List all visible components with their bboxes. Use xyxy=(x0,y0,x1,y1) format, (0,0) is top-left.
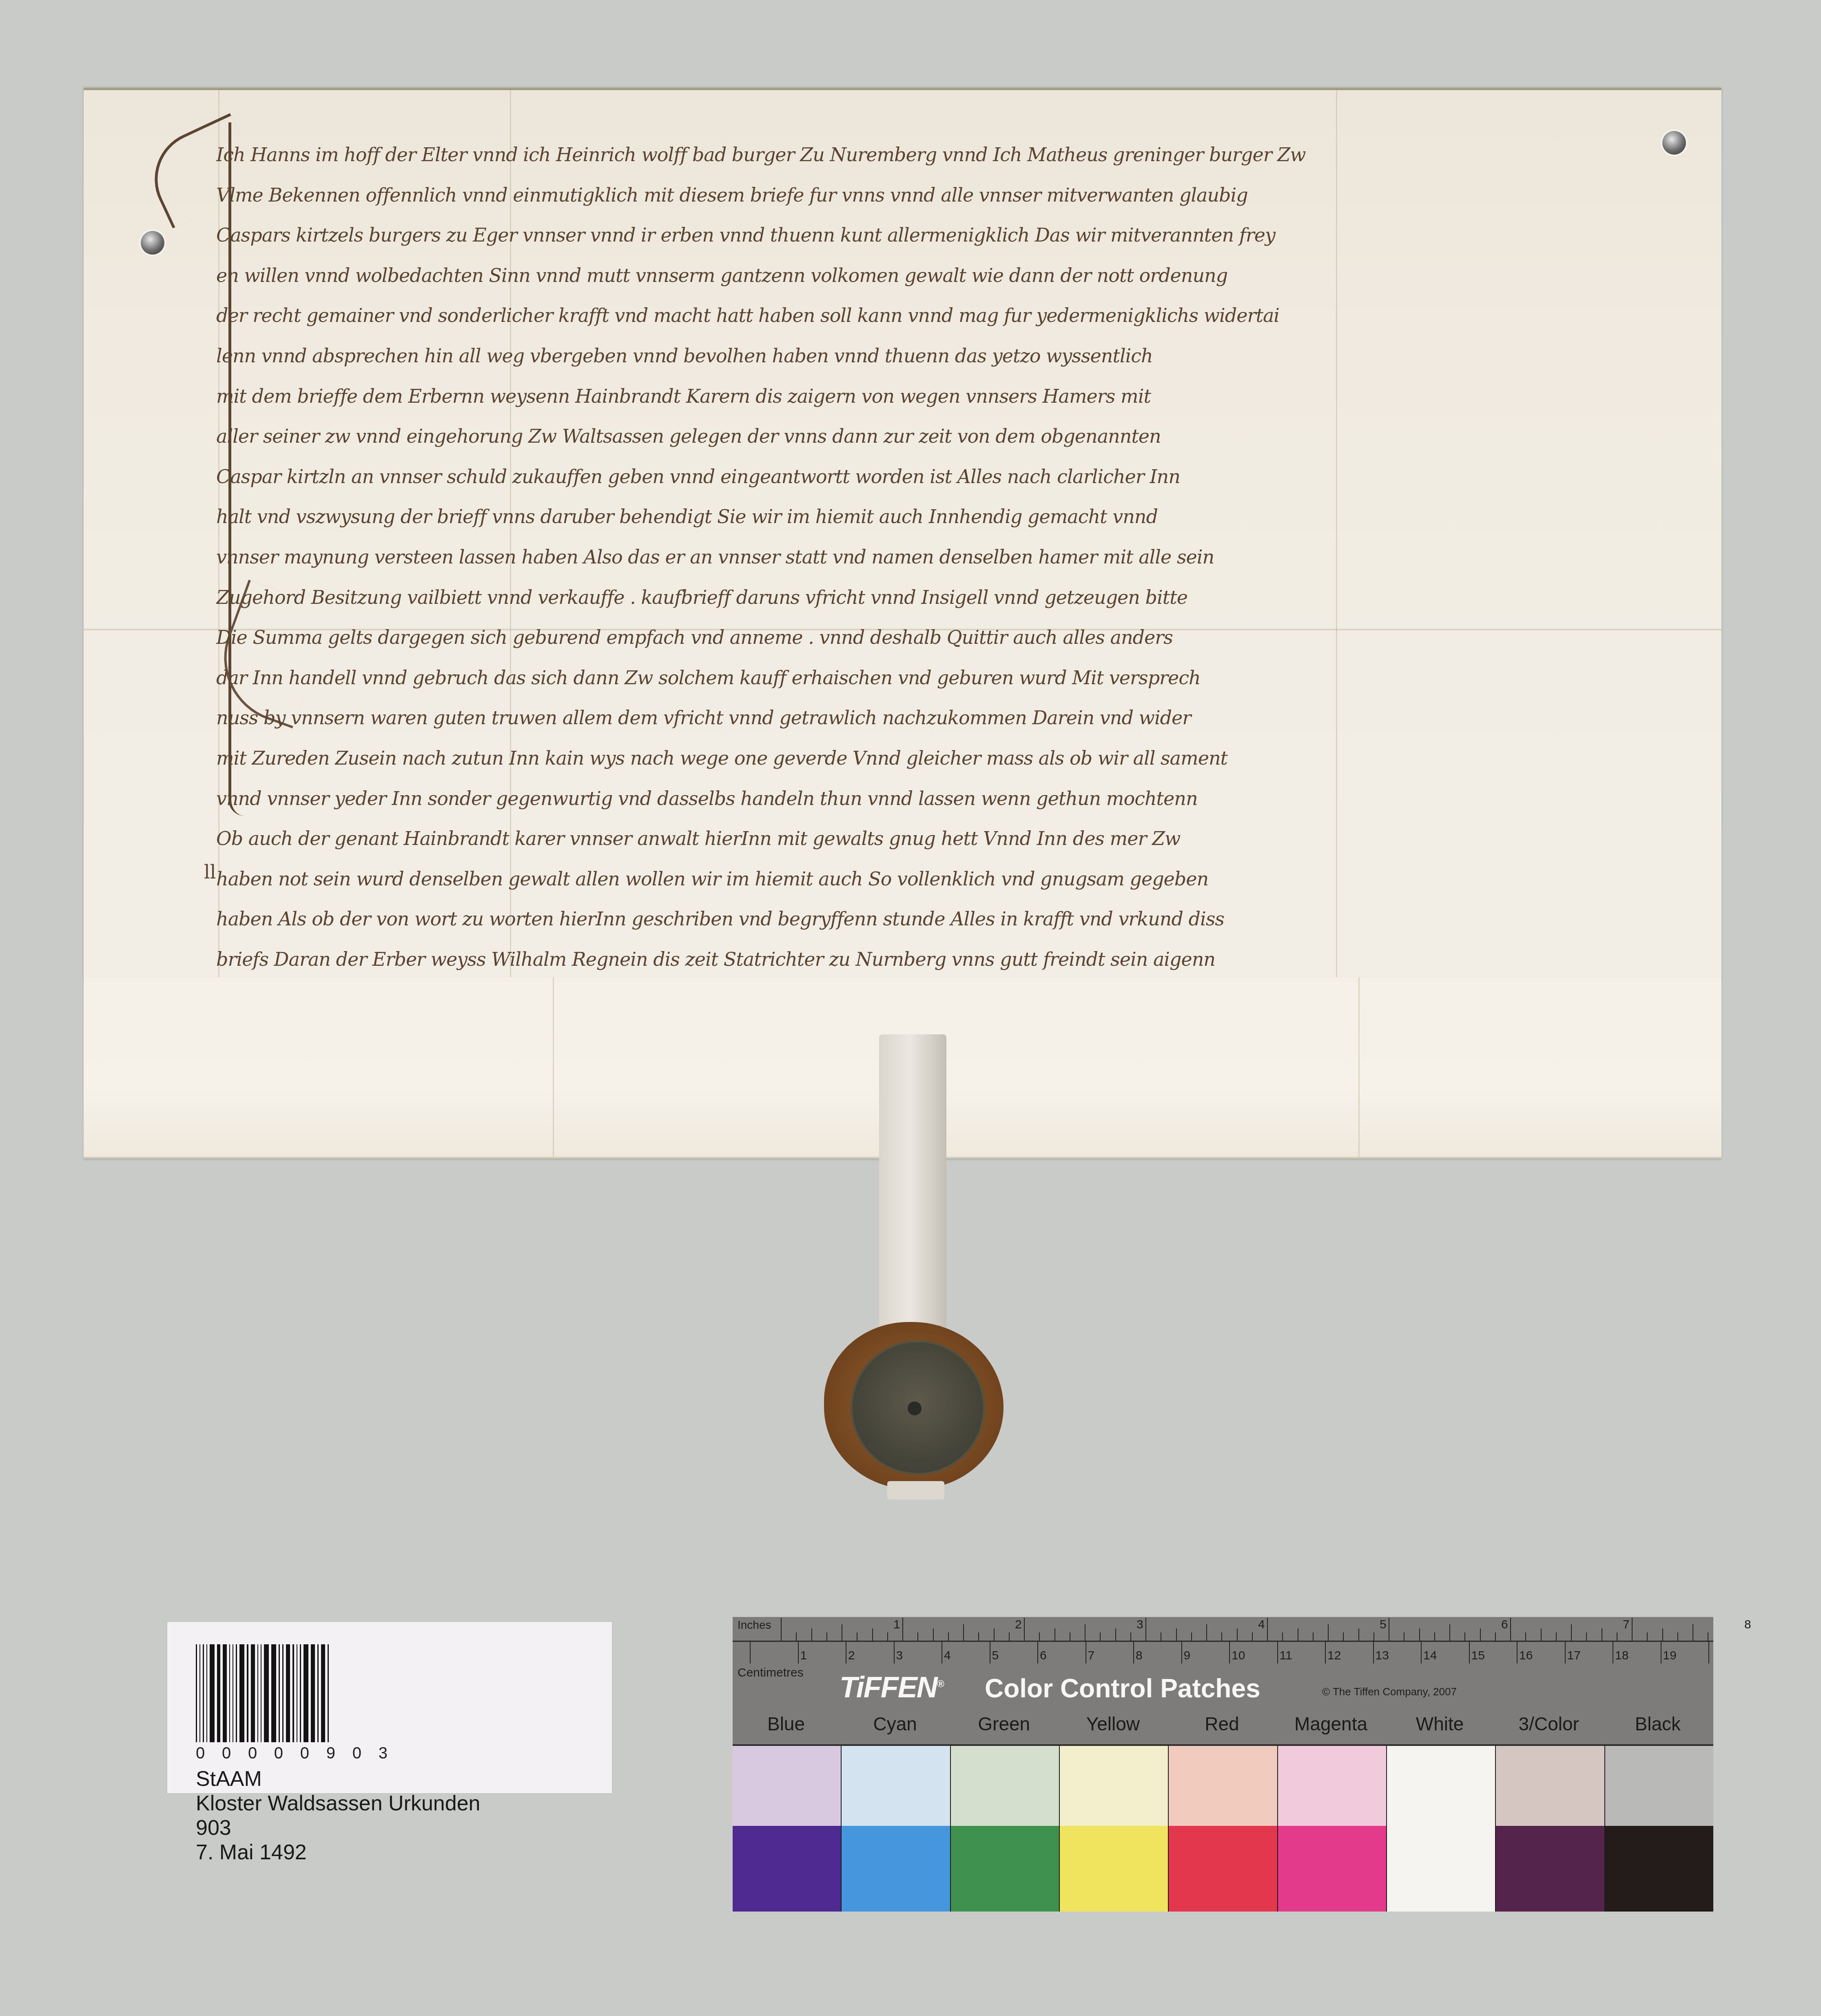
copyright-notice: © The Tiffen Company, 2007 xyxy=(1322,1686,1457,1698)
ruler-tick xyxy=(942,1641,942,1663)
cm-tick-label: 17 xyxy=(1567,1649,1581,1663)
ruler-tick xyxy=(933,1628,934,1641)
ruler-tick xyxy=(1130,1632,1131,1641)
cm-tick-label: 14 xyxy=(1423,1649,1437,1663)
patch-label-black: Black xyxy=(1604,1713,1711,1735)
ruler-tick xyxy=(1070,1632,1070,1641)
ruler-tick xyxy=(826,1632,827,1641)
text-line: vnnser maynung versteen lassen haben Als… xyxy=(216,537,1668,577)
cm-tick-label: 10 xyxy=(1232,1649,1245,1663)
ruler-tick xyxy=(1024,1618,1025,1641)
barcode xyxy=(196,1644,331,1742)
ruler-tick xyxy=(1617,1632,1617,1641)
text-line: briefs Daran der Erber weyss Wilhalm Reg… xyxy=(216,939,1668,980)
barcode-bar xyxy=(311,1644,315,1742)
ruler-tick xyxy=(894,1641,895,1663)
barcode-digit: 0 xyxy=(222,1744,231,1763)
ruler-tick xyxy=(902,1618,903,1641)
barcode-bar xyxy=(282,1644,284,1742)
inch-tick-label: 8 xyxy=(1744,1618,1751,1632)
patch-labels: BlueCyanGreenYellowRedMagentaWhite3/Colo… xyxy=(733,1713,1713,1736)
patch-light-red xyxy=(1169,1746,1278,1827)
ruler-tick xyxy=(1325,1641,1326,1663)
patch-dark-3-color xyxy=(1496,1826,1605,1912)
patch-light-yellow xyxy=(1060,1746,1169,1827)
text-line: halt vnd vszwysung der brieff vnns darub… xyxy=(216,497,1668,537)
patch-label-red: Red xyxy=(1168,1713,1275,1735)
cm-tick-label: 2 xyxy=(848,1649,855,1663)
cm-tick-label: 6 xyxy=(1040,1649,1047,1663)
ruler-tick xyxy=(1647,1632,1648,1641)
barcode-bar xyxy=(251,1644,255,1742)
archive-label: 00000903 StAAM Kloster Waldsassen Urkund… xyxy=(167,1622,612,1793)
ruler-tick xyxy=(1328,1624,1329,1641)
ruler-tick xyxy=(1054,1628,1055,1641)
ruler-tick xyxy=(1480,1628,1481,1641)
barcode-bar xyxy=(317,1644,319,1742)
color-control-card: Inches 12345678 123456789101112131415161… xyxy=(733,1617,1713,1912)
ruler-tick xyxy=(796,1632,797,1641)
ruler-tick xyxy=(1464,1632,1465,1641)
cm-tick-label: 19 xyxy=(1663,1649,1677,1663)
barcode-digit: 0 xyxy=(352,1744,361,1763)
barcode-bar xyxy=(271,1644,276,1742)
barcode-bar xyxy=(236,1644,237,1742)
text-line: Ob auch der genant Hainbrandt karer vnns… xyxy=(216,818,1668,859)
patch-label-cyan: Cyan xyxy=(842,1713,948,1735)
cm-tick-label: 8 xyxy=(1136,1649,1143,1663)
ruler-tick xyxy=(1358,1628,1359,1641)
barcode-bar xyxy=(286,1644,290,1742)
cm-tick-label: 7 xyxy=(1088,1649,1095,1663)
cm-tick-label: 9 xyxy=(1184,1649,1191,1663)
barcode-bar xyxy=(321,1644,325,1742)
patch-light-cyan xyxy=(842,1746,950,1827)
barcode-digit: 0 xyxy=(300,1744,309,1763)
patch-label-blue: Blue xyxy=(733,1713,840,1735)
barcode-bar xyxy=(300,1644,301,1742)
ruler-tick xyxy=(1161,1632,1161,1641)
ruler-tick xyxy=(811,1628,812,1641)
ruler-tick xyxy=(1556,1632,1557,1641)
text-line: Ich Hanns im hoff der Elter vnnd ich Hei… xyxy=(216,135,1668,175)
cm-tick-label: 11 xyxy=(1280,1649,1292,1663)
barcode-bar xyxy=(223,1644,227,1742)
text-line: haben Als ob der von wort zu worten hier… xyxy=(216,899,1668,939)
ruler-tick xyxy=(1613,1641,1613,1663)
light-patches-row xyxy=(733,1744,1713,1827)
patch-dark-red xyxy=(1169,1826,1278,1912)
punch-hole-left xyxy=(141,231,164,255)
ruler-tick xyxy=(1343,1632,1344,1641)
ruler-tick xyxy=(1677,1632,1678,1641)
ruler-tick xyxy=(1389,1618,1389,1641)
ruler-tick xyxy=(1662,1628,1663,1641)
ruler-tick xyxy=(1229,1641,1230,1663)
ruler-tick xyxy=(1133,1641,1134,1663)
ruler-tick xyxy=(1039,1632,1040,1641)
text-line: dar Inn handell vnnd gebruch das sich da… xyxy=(216,658,1668,698)
centimetres-label: Centimetres xyxy=(738,1666,804,1680)
patch-light-white xyxy=(1387,1746,1496,1827)
fold-crease xyxy=(1358,977,1360,1157)
ruler-tick xyxy=(917,1632,918,1641)
text-line: mit Zureden Zusein nach zutun Inn kain w… xyxy=(216,738,1668,778)
dark-patches-row xyxy=(733,1826,1713,1912)
ruler-tick xyxy=(978,1632,979,1641)
text-line: en willen vnnd wolbedachten Sinn vnnd mu… xyxy=(216,255,1668,296)
ruler-tick xyxy=(1525,1632,1526,1641)
ruler-tick xyxy=(1373,1641,1374,1663)
text-line: Vlme Bekennen offennlich vnnd einmutigkl… xyxy=(216,175,1668,215)
inch-ruler: Inches 12345678 xyxy=(733,1617,1713,1642)
patch-label-white: White xyxy=(1387,1713,1493,1735)
patch-label-3-color: 3/Color xyxy=(1495,1713,1602,1735)
cm-tick-label: 3 xyxy=(896,1649,903,1663)
ruler-tick xyxy=(1313,1632,1314,1641)
cm-tick-label: 5 xyxy=(992,1649,999,1663)
patch-dark-yellow xyxy=(1060,1826,1169,1912)
patch-label-yellow: Yellow xyxy=(1059,1713,1166,1735)
barcode-bar xyxy=(328,1644,329,1742)
ruler-tick xyxy=(798,1641,799,1663)
barcode-digit: 0 xyxy=(248,1744,257,1763)
barcode-bar xyxy=(303,1644,308,1742)
cm-tick-label: 18 xyxy=(1615,1649,1628,1663)
ruler-tick xyxy=(1404,1632,1405,1641)
ruler-tick xyxy=(948,1632,949,1641)
patch-label-green: Green xyxy=(950,1713,1057,1735)
ruler-tick xyxy=(1100,1632,1101,1641)
patch-dark-black xyxy=(1605,1826,1713,1912)
patch-light-blue xyxy=(733,1746,842,1827)
text-line: vnnd vnnser yeder Inn sonder gegenwurtig… xyxy=(216,778,1668,819)
barcode-bar xyxy=(247,1644,248,1742)
cm-tick-label: 12 xyxy=(1327,1649,1341,1663)
text-line: Caspar kirtzln an vnnser schuld zukauffe… xyxy=(216,457,1668,497)
ruler-tick xyxy=(1191,1632,1192,1641)
ruler-tick xyxy=(994,1628,995,1641)
barcode-bar xyxy=(297,1644,297,1742)
barcode-bar xyxy=(210,1644,215,1742)
text-line: Caspars kirtzels burgers zu Eger vnnser … xyxy=(216,215,1668,255)
barcode-bar xyxy=(229,1644,230,1742)
ruler-tick xyxy=(1693,1624,1693,1641)
patch-light-3-color xyxy=(1496,1746,1605,1827)
ruler-tick xyxy=(963,1624,964,1641)
cm-tick-label: 15 xyxy=(1471,1649,1485,1663)
ruler-tick xyxy=(872,1628,873,1641)
inches-label: Inches xyxy=(738,1619,771,1632)
inch-tick-label: 6 xyxy=(1501,1618,1508,1632)
ruler-tick xyxy=(1586,1632,1587,1641)
ruler-tick xyxy=(1541,1628,1542,1641)
inch-tick-label: 1 xyxy=(893,1618,900,1632)
ruler-tick xyxy=(1298,1628,1298,1641)
margin-note: ll xyxy=(204,861,216,883)
barcode-digit: 3 xyxy=(379,1744,388,1763)
barcode-bar xyxy=(199,1644,200,1742)
seal-strap xyxy=(879,1034,946,1361)
ruler-tick xyxy=(887,1632,888,1641)
ruler-tick xyxy=(1602,1628,1602,1641)
ruler-tick xyxy=(1115,1628,1116,1641)
ruler-tick xyxy=(1181,1641,1182,1663)
inch-tick-label: 2 xyxy=(1015,1618,1022,1632)
inch-tick-label: 5 xyxy=(1380,1618,1387,1632)
barcode-bar xyxy=(279,1644,280,1742)
ruler-tick xyxy=(846,1641,846,1663)
ruler-tick xyxy=(1176,1628,1177,1641)
centimetre-ruler: 12345678910111213141516171819 xyxy=(733,1641,1713,1664)
barcode-bar xyxy=(203,1644,204,1742)
inch-tick-label: 7 xyxy=(1623,1618,1630,1632)
patch-light-black xyxy=(1605,1746,1713,1827)
ruler-tick xyxy=(1252,1632,1253,1641)
ruler-tick xyxy=(1632,1618,1633,1641)
ruler-tick xyxy=(1221,1632,1222,1641)
seal-strap-end xyxy=(887,1481,944,1499)
text-line: aller seiner zw vnnd eingehorung Zw Walt… xyxy=(216,416,1668,457)
barcode-digit: 0 xyxy=(274,1744,283,1763)
card-title: Color Control Patches xyxy=(985,1673,1261,1703)
text-line: haben not sein wurd denselben gewalt all… xyxy=(216,859,1668,899)
ruler-tick xyxy=(1517,1641,1517,1663)
ruler-tick xyxy=(1708,1632,1708,1641)
ruler-tick xyxy=(750,1641,751,1663)
barcode-bar xyxy=(239,1644,244,1742)
ruler-tick xyxy=(842,1624,842,1641)
text-line: der recht gemainer vnd sonderlicher kraf… xyxy=(216,295,1668,336)
barcode-bar xyxy=(217,1644,220,1742)
text-line: mit dem brieffe dem Erbernn weysenn Hain… xyxy=(216,376,1668,417)
ruler-tick xyxy=(1086,1641,1086,1663)
ruler-tick xyxy=(1421,1641,1422,1663)
patch-dark-cyan xyxy=(842,1826,950,1912)
ruler-tick xyxy=(1267,1618,1268,1641)
cm-tick-label: 16 xyxy=(1519,1649,1533,1663)
ruler-tick xyxy=(1374,1632,1374,1641)
ruler-tick xyxy=(1434,1632,1435,1641)
ruler-tick xyxy=(1419,1628,1420,1641)
cm-tick-label: 1 xyxy=(800,1649,807,1663)
ruler-tick xyxy=(1510,1618,1511,1641)
patch-label-magenta: Magenta xyxy=(1278,1713,1385,1735)
ruler-tick xyxy=(1277,1641,1278,1663)
barcode-bar xyxy=(257,1644,258,1742)
ruler-tick xyxy=(1708,1641,1709,1663)
ruler-tick xyxy=(1145,1618,1146,1641)
patch-dark-magenta xyxy=(1278,1826,1387,1912)
inch-tick-label: 4 xyxy=(1258,1618,1265,1632)
barcode-bar xyxy=(206,1644,207,1742)
text-line: nuss by vnnsern waren guten truwen allem… xyxy=(216,698,1668,738)
ruler-tick xyxy=(1571,1624,1572,1641)
ruler-tick xyxy=(1085,1624,1086,1641)
barcode-bar xyxy=(196,1644,197,1742)
text-line: Zugehord Besitzung vailbiett vnnd verkau… xyxy=(216,577,1668,618)
seal-center-boss xyxy=(908,1402,922,1415)
ruler-tick xyxy=(857,1632,857,1641)
cm-tick-label: 13 xyxy=(1376,1649,1389,1663)
ruler-tick xyxy=(1469,1641,1470,1663)
barcode-bar xyxy=(264,1644,269,1742)
ruler-tick xyxy=(990,1641,990,1663)
barcode-digit: 9 xyxy=(326,1744,335,1763)
ruler-tick xyxy=(1282,1632,1283,1641)
text-line: Die Summa gelts dargegen sich geburend e… xyxy=(216,617,1668,658)
inch-tick-label: 3 xyxy=(1136,1618,1143,1632)
patch-dark-green xyxy=(951,1826,1060,1912)
ruler-tick xyxy=(1565,1641,1566,1663)
patch-dark-white xyxy=(1387,1826,1496,1912)
barcode-bar xyxy=(261,1644,261,1742)
cm-tick-label: 4 xyxy=(944,1649,951,1663)
barcode-bar xyxy=(292,1644,294,1742)
barcode-digit: 0 xyxy=(196,1744,205,1763)
ruler-tick xyxy=(781,1618,782,1641)
barcode-number: 00000903 xyxy=(196,1744,388,1763)
text-line: lenn vnnd absprechen hin all weg vbergeb… xyxy=(216,336,1668,376)
patch-dark-blue xyxy=(733,1826,842,1912)
ruler-tick xyxy=(1206,1624,1207,1641)
ruler-tick xyxy=(1449,1624,1450,1641)
patch-light-green xyxy=(951,1746,1060,1827)
ruler-tick xyxy=(1037,1641,1038,1663)
ruler-tick xyxy=(1237,1628,1238,1641)
tiffen-logo: TiFFEN® xyxy=(840,1671,943,1704)
patch-light-magenta xyxy=(1278,1746,1387,1827)
ruler-tick xyxy=(1009,1632,1010,1641)
fold-crease xyxy=(553,977,554,1157)
barcode-bar xyxy=(233,1644,233,1742)
ruler-tick xyxy=(1661,1641,1661,1663)
ruler-tick xyxy=(1495,1632,1496,1641)
